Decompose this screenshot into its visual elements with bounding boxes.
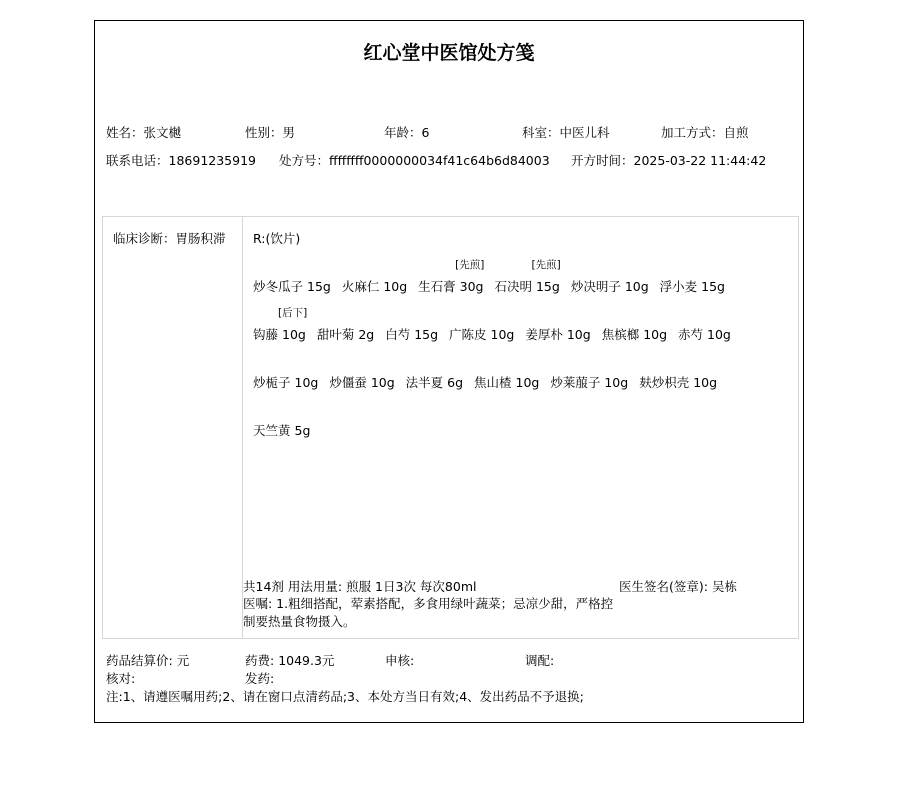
herb-item: 法半夏 6g (406, 373, 463, 391)
review-field: 申核: (385, 651, 414, 669)
herb-row-2: [后下]钩藤 10g 甜叶菊 2g 白芍 15g 广陈皮 10g 姜厚朴 10g… (253, 325, 738, 343)
herb-note: [先煎] (531, 257, 560, 272)
prescription-body: 临床诊断：胃肠积滞 R:(饮片) 炒冬瓜子 15g 火麻仁 10g [先煎]生石… (102, 216, 799, 639)
doctor-advice: 医嘱: 1.粗细搭配，荤素搭配，多食用绿叶蔬菜；忌凉少甜，严格控制要热量食物摄入… (243, 595, 623, 631)
herb-item: 广陈皮 10g (449, 325, 514, 343)
herb-item: 姜厚朴 10g (525, 325, 590, 343)
issue-field: 发药: (245, 669, 274, 687)
herb-row-1: 炒冬瓜子 15g 火麻仁 10g [先煎]生石膏 30g [先煎]石决明 15g… (253, 277, 732, 295)
patient-gender: 性别：男 (245, 123, 295, 141)
herb-item: [先煎]生石膏 30g (418, 277, 483, 295)
herb-item: 炒莱菔子 10g (550, 373, 628, 391)
herb-row-4: 天竺黄 5g (253, 421, 317, 439)
process-method: 加工方式：自煎 (661, 123, 749, 141)
drug-fee: 药费: 1049.3元 (245, 651, 334, 669)
clinical-diagnosis: 临床诊断：胃肠积滞 (113, 229, 226, 247)
herb-item: 白芍 15g (385, 325, 438, 343)
herb-item: [先煎]石决明 15g (494, 277, 559, 295)
herb-item: 焦槟榔 10g (602, 325, 667, 343)
herb-note: [后下] (278, 305, 307, 320)
herb-item: 炒僵蚕 10g (329, 373, 394, 391)
herb-item: 炒栀子 10g (253, 373, 318, 391)
rx-header: R:(饮片) (253, 229, 300, 247)
herb-item: 浮小麦 15g (660, 277, 725, 295)
patient-name: 姓名：张文樾 (106, 123, 181, 141)
department: 科室：中医儿科 (522, 123, 610, 141)
herb-item: [后下]钩藤 10g (253, 325, 306, 343)
prescription-number: 处方号：ffffffff0000000034f41c64b6d84003 (279, 151, 550, 169)
herb-item: 天竺黄 5g (253, 421, 310, 439)
prescription-time: 开方时间：2025-03-22 11:44:42 (571, 151, 766, 169)
settlement-price: 药品结算价: 元 (106, 651, 189, 669)
patient-age: 年龄：6 (384, 123, 429, 141)
doctor-signature: 医生签名(签章): 吴栋 (619, 577, 737, 595)
dispense-field: 调配: (525, 651, 554, 669)
usage-instructions: 共14剂 用法用量: 煎服 1日3次 每次80ml (243, 577, 476, 595)
page-title: 红心堂中医馆处方笺 (95, 38, 803, 65)
herb-item: 炒冬瓜子 15g (253, 277, 331, 295)
herb-row-3: 炒栀子 10g 炒僵蚕 10g 法半夏 6g 焦山楂 10g 炒莱菔子 10g … (253, 373, 724, 391)
footer-notes: 注:1、请遵医嘱用药;2、请在窗口点清药品;3、本处方当日有效;4、发出药品不予… (106, 687, 584, 705)
herb-item: 赤芍 10g (678, 325, 731, 343)
herb-item: 麸炒枳壳 10g (639, 373, 717, 391)
prescription-sheet: 红心堂中医馆处方笺 姓名：张文樾 性别：男 年龄：6 科室：中医儿科 加工方式：… (94, 20, 804, 723)
herb-item: 焦山楂 10g (474, 373, 539, 391)
patient-phone: 联系电话：18691235919 (106, 151, 256, 169)
herb-item: 炒决明子 10g (571, 277, 649, 295)
column-divider (242, 217, 243, 638)
herb-item: 甜叶菊 2g (317, 325, 374, 343)
check-field: 核对: (106, 669, 135, 687)
herb-note: [先煎] (455, 257, 484, 272)
herb-item: 火麻仁 10g (342, 277, 407, 295)
